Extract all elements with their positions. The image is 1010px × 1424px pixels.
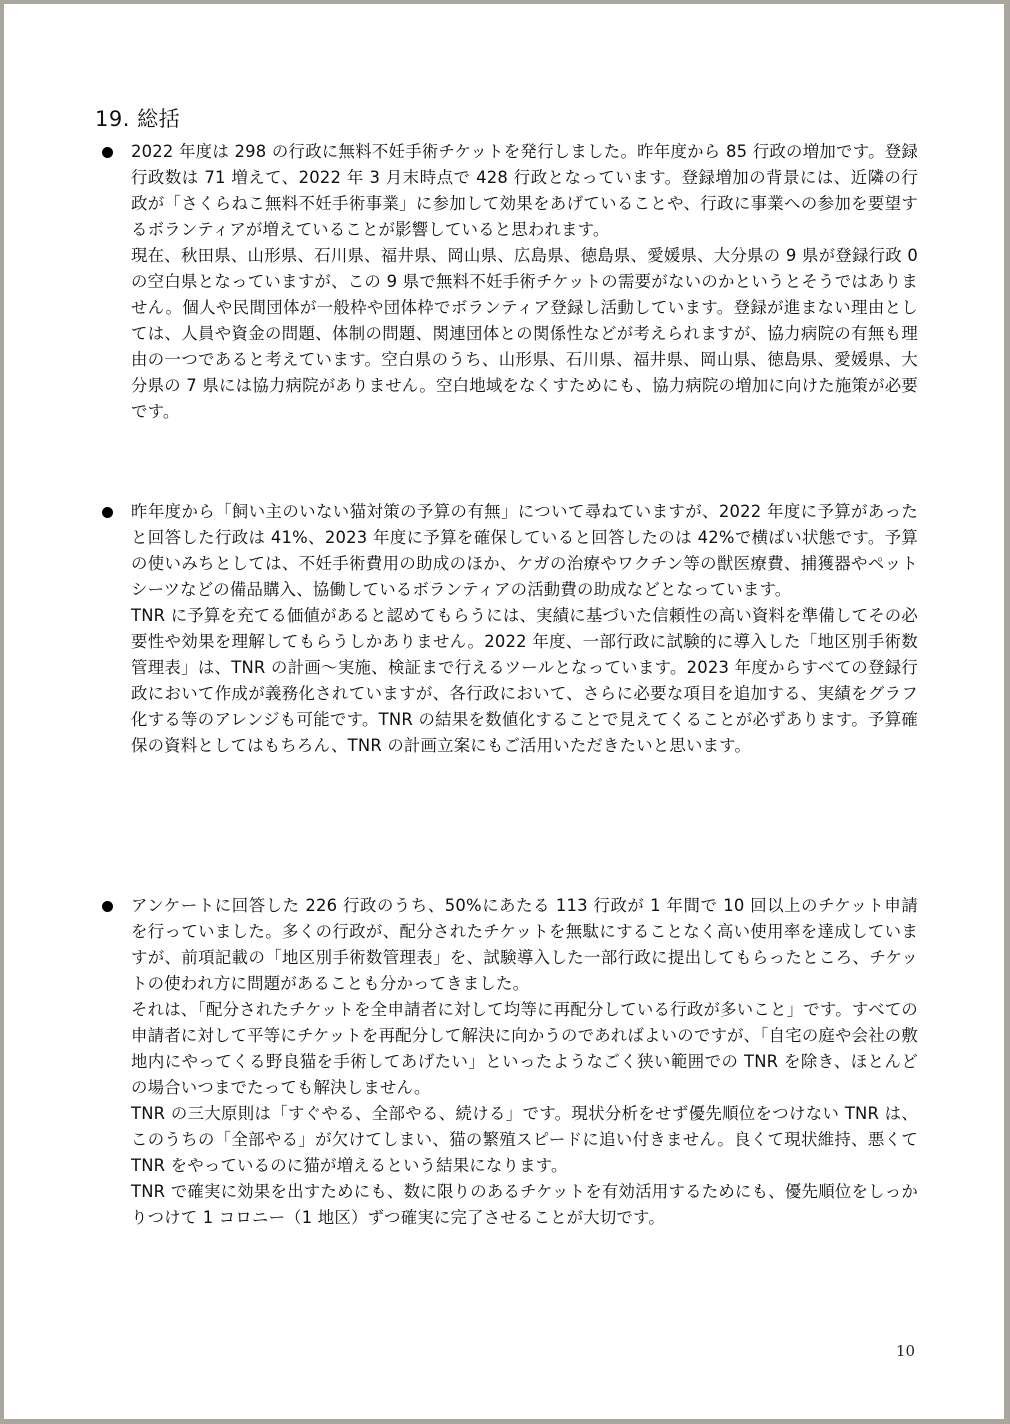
paragraph: 2022 年度は 298 の行政に無料不妊手術チケットを発行しました。昨年度から… xyxy=(131,139,918,243)
section-heading: 19. 総括 xyxy=(95,105,180,133)
bullet-icon xyxy=(102,507,113,518)
bullet-icon xyxy=(102,147,113,158)
paragraph: TNR で確実に効果を出すためにも、数に限りのあるチケットを有効活用するためにも… xyxy=(131,1179,918,1231)
paragraph: TNR に予算を充てる価値があると認めてもらうには、実績に基づいた信頼性の高い資… xyxy=(131,603,918,759)
paragraph: TNR の三大原則は「すぐやる、全部やる、続ける」です。現状分析をせず優先順位を… xyxy=(131,1101,918,1179)
paragraph: 現在、秋田県、山形県、石川県、福井県、岡山県、広島県、徳島県、愛媛県、大分県の … xyxy=(131,243,918,425)
page-number: 10 xyxy=(896,1342,915,1360)
paragraph: 昨年度から「飼い主のいない猫対策の予算の有無」について尋ねていますが、2022 … xyxy=(131,499,918,603)
summary-item-1: 2022 年度は 298 の行政に無料不妊手術チケットを発行しました。昨年度から… xyxy=(131,139,918,425)
paragraph: アンケートに回答した 226 行政のうち、50%にあたる 113 行政が 1 年… xyxy=(131,893,918,997)
document-page: 19. 総括 2022 年度は 298 の行政に無料不妊手術チケットを発行しまし… xyxy=(4,4,1004,1419)
summary-item-3: アンケートに回答した 226 行政のうち、50%にあたる 113 行政が 1 年… xyxy=(131,893,918,1231)
summary-item-2: 昨年度から「飼い主のいない猫対策の予算の有無」について尋ねていますが、2022 … xyxy=(131,499,918,759)
paragraph: それは、「配分されたチケットを全申請者に対して均等に再配分している行政が多いこと… xyxy=(131,997,918,1101)
bullet-icon xyxy=(102,901,113,912)
